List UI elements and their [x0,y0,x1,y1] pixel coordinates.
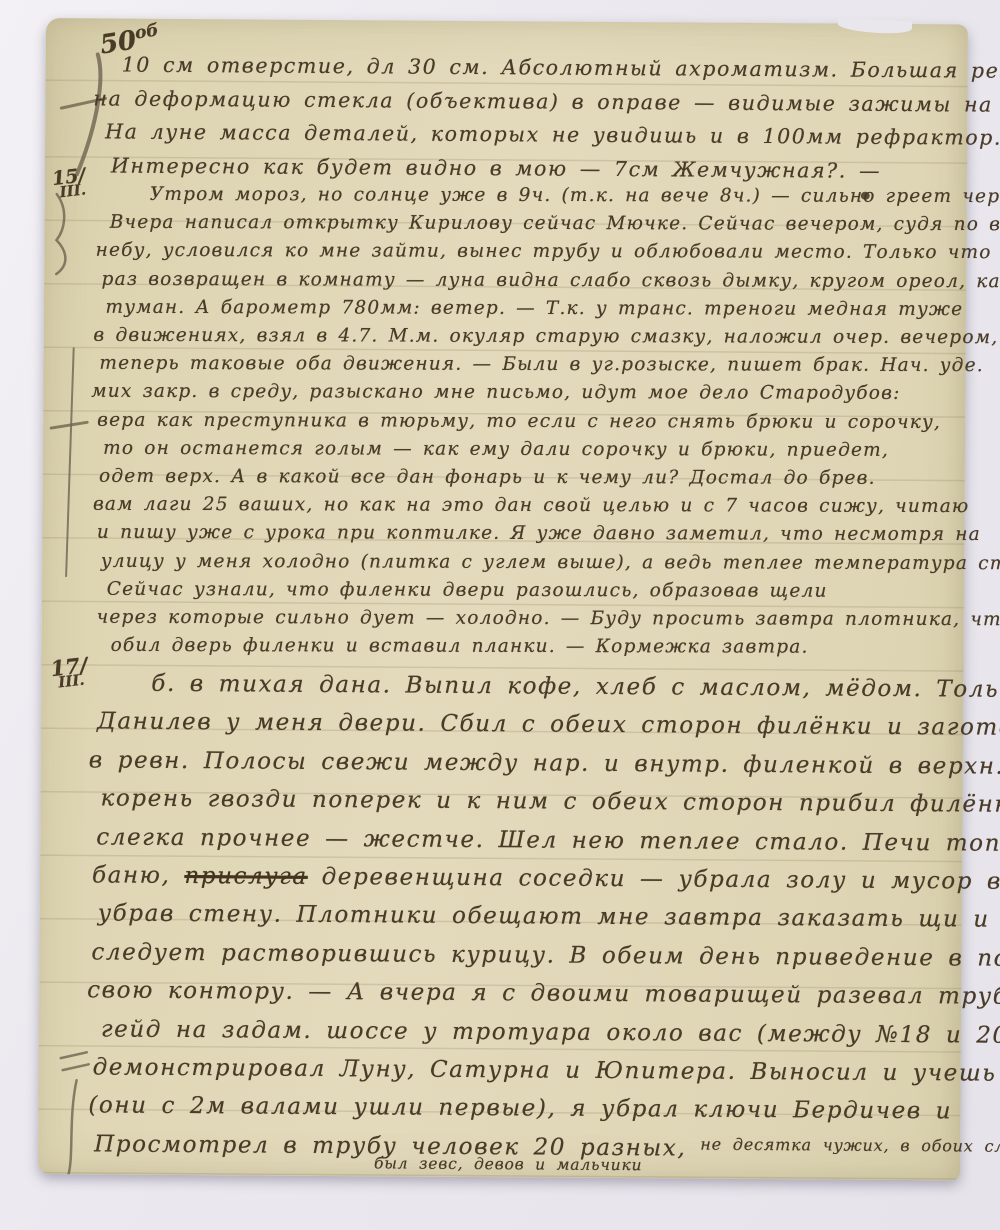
entry-date-17-III: 17/III. [50,658,90,690]
handwritten-line: Сейчас узнали, что филенки двери разошли… [107,576,1000,607]
margin-equals-mark-1 [61,1052,87,1058]
margin-long-stroke-mark [68,1080,77,1176]
entry-17-III-text: б. в тихая дана. Выпил кофе, хлеб с масл… [86,664,1000,1180]
entry-date-15-III: 15/III. [51,168,87,200]
handwritten-line: мих закр. в среду, разыскано мне письмо,… [91,378,1000,409]
margin-brace-mark [56,194,66,274]
handwritten-line: Утром мороз, но солнце уже в 9ч. (т.к. н… [150,181,1000,212]
handwritten-line: через которые сильно дует — холодно. — Б… [97,604,1000,635]
handwritten-line: улицу у меня холодно (плитка с углем выш… [101,547,1000,578]
date-denominator: III. [59,182,88,199]
handwritten-line: то он останется голым — как ему дали сор… [103,435,1000,466]
margin-vertical-mark [66,348,74,576]
entry-15-III-text: Утром мороз, но солнце уже в 9ч. (т.к. н… [91,181,1000,663]
line-fragment: баню, [92,862,185,889]
handwritten-line: Вчера написал открытку Кирилову сейчас М… [110,209,1000,240]
handwritten-line: и пишу уже с урока при коптилке. Я уже д… [97,519,1000,550]
handwritten-line: вам лаги 25 ваших, но как на это дан сво… [93,491,1000,522]
margin-dash-mark [51,422,87,428]
handwritten-line: обил дверь филенки и вставил планки. — К… [111,632,1000,663]
handwritten-line: раз возвращен в комнату — луна видна сла… [102,265,1000,296]
handwritten-line: одет верх. А в какой все дан фонарь и к … [99,463,1000,494]
handwritten-line: теперь таковые оба движения. — Были в уг… [99,350,1000,381]
handwritten-line: в движениях, взял в 4.7. М.м. окуляр ста… [93,322,1000,353]
handwritten-line: вера как преступника в тюрьму, то если с… [97,406,1000,437]
page-number-suffix: об [134,20,160,43]
handwritten-line: небу, условился ко мне зайти, вынес труб… [96,237,1000,268]
paragraph-telescope-notes: 10 см отверстие, дл 30 см. Абсолютный ах… [85,48,1000,190]
paper-tear-notch [838,18,913,35]
line-fragment: деревенщина соседки — убрала золу и мусо… [308,864,1000,896]
struck-out-word: прислуга [184,863,308,890]
interlinear-insert: не десятка чужих, в обоих случаях [700,1134,1000,1155]
handwritten-line: туман. А барометр 780мм: ветер. — Т.к. у… [105,294,1000,325]
diary-page-photo: 50об 10 см отверстие, дл 30 см. Абсолютн… [0,0,1000,1230]
margin-equals-mark-2 [63,1064,89,1070]
manuscript-paper: 50об 10 см отверстие, дл 30 см. Абсолютн… [38,18,968,1180]
